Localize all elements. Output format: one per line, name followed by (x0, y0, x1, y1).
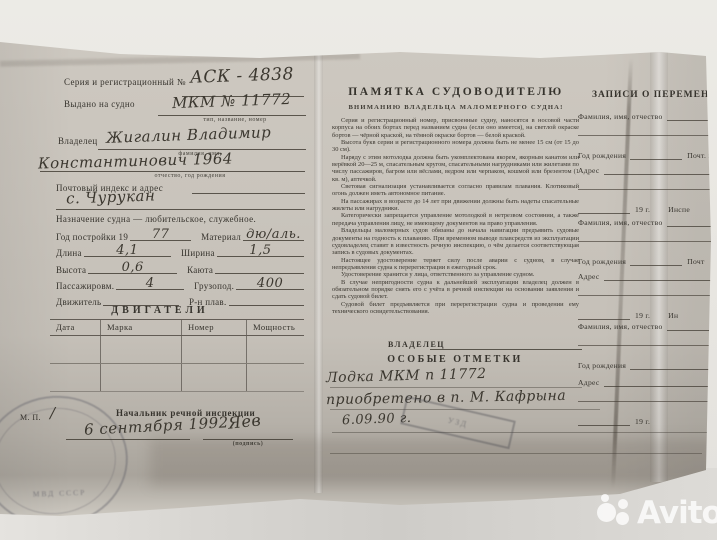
field-value: 4 (116, 278, 184, 290)
memo-paragraphs: Серия и регистрационный номер, присвоенн… (332, 117, 579, 315)
blank-line (667, 216, 717, 227)
field-row: Длина 4,1 Ширина 1,5 (56, 242, 306, 258)
special-note-1: Лодка МКМ п 11772 (326, 366, 487, 386)
field-label: Длина (56, 248, 82, 258)
inspector-label: Инспе (668, 205, 694, 214)
dob-label: Год рождения (578, 361, 630, 370)
avito-watermark: Avito (597, 495, 717, 531)
engines-grid: Дата Марка Номер Мощность (50, 319, 304, 392)
memo-paragraph: Категорически запрещается управление мот… (332, 212, 579, 227)
field-label: Грузопод. (194, 281, 234, 291)
seal-place-label: М. П. (20, 413, 41, 422)
series-label: Серия и регистрационный № (64, 77, 186, 87)
inspector-label: Ин (668, 311, 682, 320)
memo-paragraph: Высота букв серии и регистрационного ном… (332, 139, 579, 154)
engines-table: ДВИГАТЕЛИ Дата Марка Номер Мощность (50, 305, 304, 392)
blank-line (578, 401, 717, 402)
fold-crease (0, 53, 360, 67)
fio-label: Фамилия, имя, отчество (578, 218, 667, 227)
owner-patronymic: Константинович 1964 (38, 149, 233, 172)
field-row: Год постройки 19 77 Материал дю/аль. (56, 226, 306, 242)
series-value: АСК - 4838 (190, 64, 294, 88)
blank-line (667, 320, 717, 331)
seal-place-mark: / (50, 404, 56, 422)
blank-line (578, 189, 717, 190)
year-label: 19 г. (635, 417, 654, 426)
issued-label: Выдано на судно (64, 99, 135, 109)
fold-crease (314, 48, 323, 493)
fio-label: Фамилия, имя, отчество (578, 112, 667, 121)
address-underline1 (192, 193, 305, 194)
blank-line (630, 255, 682, 266)
avito-logo-icon (597, 496, 631, 530)
field-label: Каюта (187, 265, 213, 275)
owner-change-block: Фамилия, имя, отчество Год рожденияПочт … (578, 216, 717, 320)
owner-hint2: отчество, год рождения (128, 173, 252, 179)
year-label: 19 г. (635, 311, 654, 320)
issued-hint: тип, название, номер (170, 117, 300, 123)
blank-line (630, 149, 682, 160)
document-paper: Серия и регистрационный № АСК - 4838 Выд… (0, 0, 717, 540)
address-label: Адрес (578, 378, 604, 387)
address-value: с. Чурукан (66, 186, 156, 207)
photo-of-boat-certificate: Серия и регистрационный № АСК - 4838 Выд… (0, 0, 717, 540)
address-label: Адрес (578, 272, 604, 281)
memo-paragraph: Владельцы маломерных судов обязаны до на… (332, 227, 579, 256)
address-underline2 (56, 209, 305, 210)
owner-name: Жигалин Владимир (106, 123, 272, 147)
memo-paragraph: Световая сигнализация устанавливается со… (332, 183, 579, 198)
memo-paragraph: Судовой билет предъявляется при перереги… (332, 301, 579, 316)
memo-paragraph: Настоящее удостоверение теряет силу посл… (332, 257, 579, 272)
blank-line (578, 345, 717, 346)
memo-title: ПАМЯТКА СУДОВОДИТЕЛЮ (330, 86, 582, 98)
field-row: Пассажировм. 4 Грузопод. 400 (56, 275, 306, 291)
avito-watermark-text: Avito (637, 495, 717, 531)
blank-line (630, 359, 717, 370)
engines-col-header: Марка (101, 320, 182, 335)
center-owner-label: ВЛАДЕЛЕЦ (388, 340, 445, 349)
memo-subtitle: ВНИМАНИЮ ВЛАДЕЛЬЦА МАЛОМЕРНОГО СУДНА! (330, 104, 582, 111)
field-value: 0,6 (88, 262, 177, 274)
owner-label: Владелец (58, 136, 98, 146)
engines-col-header: Мощность (247, 320, 304, 335)
fio-label: Фамилия, имя, отчество (578, 322, 667, 331)
field-row: Высота 0,6 Каюта (56, 258, 306, 274)
owner-underline2 (40, 171, 305, 172)
memo-paragraph: Наряду с этим мотолодка должна быть уком… (332, 154, 579, 183)
blank-line (578, 309, 630, 320)
field-value: 400 (236, 278, 304, 290)
owner-change-block: Фамилия, имя, отчество Год рожденияПочт.… (578, 110, 717, 214)
special-marks-title: ОСОБЫЕ ОТМЕТКИ (330, 354, 580, 365)
year-label: 19 г. (635, 205, 654, 214)
field-value: дю/аль. (243, 229, 304, 241)
inspector-signature: Яев (227, 410, 262, 432)
memo-paragraph: Серия и регистрационный номер, присвоенн… (332, 117, 579, 139)
engines-empty-row (50, 336, 304, 364)
purpose-line: Назначение судна — любительское, служебн… (56, 214, 256, 224)
memo-paragraph: Удостоверение хранится у лица, ответстве… (332, 271, 579, 278)
field-label: Высота (56, 265, 86, 275)
field-label: Материал (201, 232, 241, 242)
engines-title: ДВИГАТЕЛИ (50, 305, 304, 316)
blank-line (604, 376, 717, 387)
field-label: Пассажировм. (56, 281, 114, 291)
blank-line (604, 164, 717, 175)
engines-empty-row (50, 364, 304, 392)
owner-change-title: ЗАПИСИ О ПЕРЕМЕНЕ ВЛА (592, 90, 717, 100)
field-value: 1,5 (217, 245, 304, 257)
field-value: 4,1 (84, 245, 171, 257)
center-owner-underline (430, 349, 582, 350)
issued-underline (158, 115, 306, 116)
vessel-fields: Год постройки 19 77 Материал дю/аль. Дли… (56, 226, 306, 307)
memo-paragraph: На пассажирах в возрасте до 14 лет при д… (332, 198, 579, 213)
blank-line (578, 415, 630, 426)
blank-line (578, 241, 717, 242)
blank-line (578, 295, 717, 296)
field-label: Год постройки 19 (56, 232, 128, 242)
field-label: Ширина (181, 248, 215, 258)
signature-underline (203, 439, 293, 440)
ruled-line (330, 453, 702, 454)
blank-line (578, 203, 630, 214)
owner-change-block: Фамилия, имя, отчество Год рождения Адре… (578, 320, 717, 426)
field-value (215, 273, 304, 274)
date-underline (66, 439, 190, 440)
address-label: Адрес (578, 166, 604, 175)
dob-label: Год рождения (578, 257, 630, 266)
engines-col-header: Номер (182, 320, 247, 335)
dob-label: Год рождения (578, 151, 630, 160)
blank-line (578, 135, 717, 136)
memo-paragraph: В случае непригодности судна к дальнейше… (332, 279, 579, 301)
blank-line (667, 110, 717, 121)
postcode-label: Почт (687, 257, 708, 266)
engines-col-header: Дата (50, 320, 101, 335)
postcode-label: Почт. и (687, 151, 717, 160)
engines-header-row: Дата Марка Номер Мощность (50, 320, 304, 336)
ruled-line (332, 432, 710, 433)
signature-hint: (подпись) (212, 441, 284, 447)
issued-value: МКМ № 11772 (172, 90, 292, 112)
field-value: 77 (130, 229, 191, 241)
blank-line (604, 270, 717, 281)
rect-stamp-text: УЗД (447, 416, 469, 429)
